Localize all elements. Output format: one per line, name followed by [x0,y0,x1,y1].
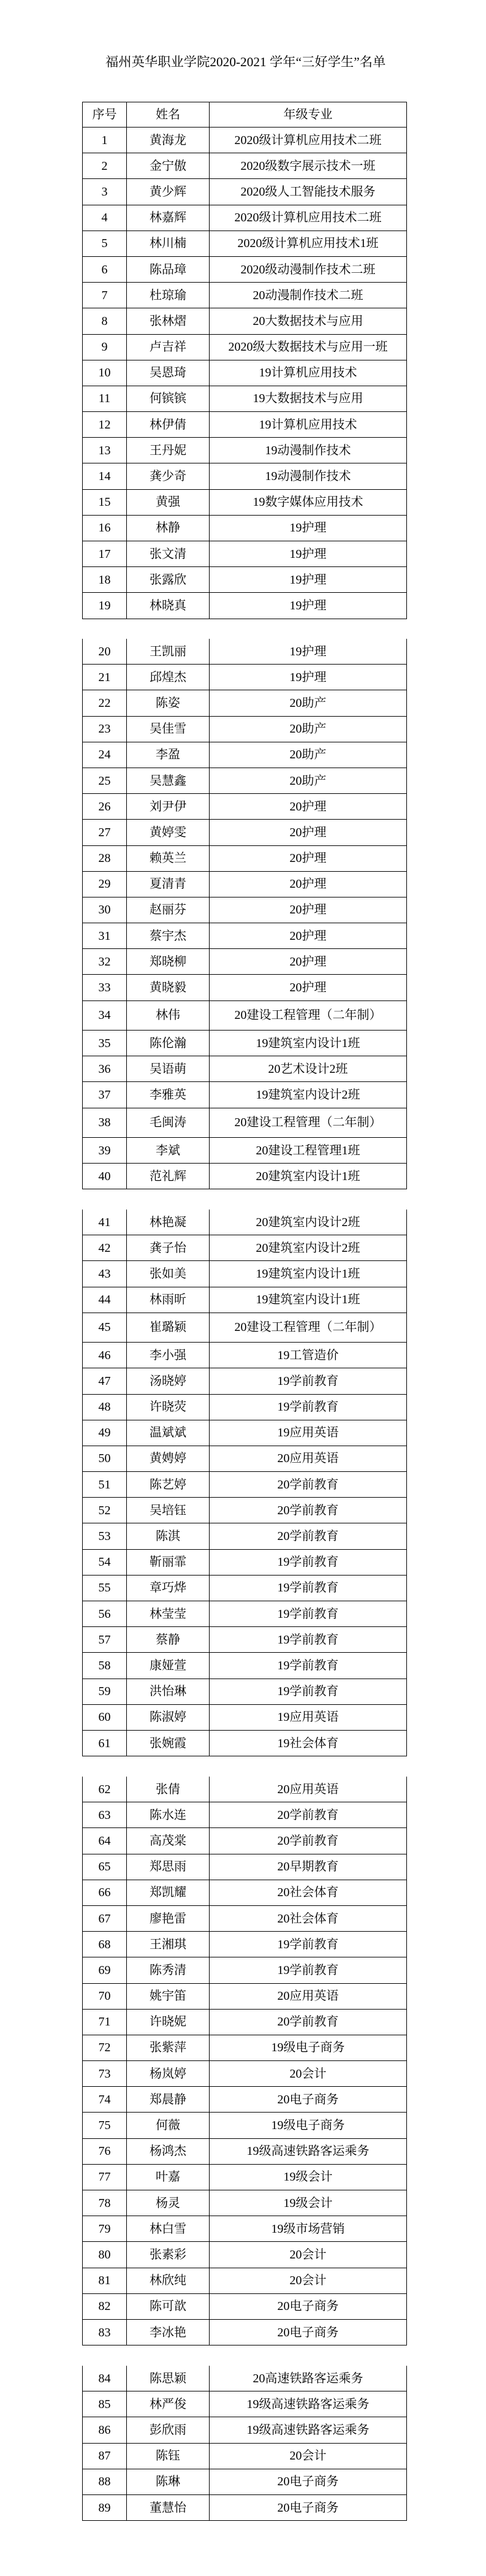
cell-name: 彭欣雨 [127,2417,210,2442]
cell-name: 王湘琪 [127,1932,210,1957]
cell-name: 崔璐颖 [127,1313,210,1342]
cell-name: 陈艺婷 [127,1472,210,1497]
table-row: 60陈淑婷19应用英语 [83,1705,407,1731]
cell-name: 吴语萌 [127,1056,210,1081]
table-row: 25吴慧鑫20助产 [83,768,407,794]
cell-name: 高茂棠 [127,1828,210,1853]
cell-name: 金宁傲 [127,153,210,178]
table-row: 48许晓荧19学前教育 [83,1395,407,1420]
cell-grade-major: 20社会体育 [210,1906,407,1931]
cell-seq-no: 50 [83,1446,127,1471]
table-row: 69陈秀清19学前教育 [83,1957,407,1983]
cell-seq-no: 46 [83,1343,127,1368]
cell-grade-major: 20社会体育 [210,1880,407,1905]
cell-seq-no: 4 [83,205,127,231]
cell-name: 张露欣 [127,567,210,592]
cell-grade-major: 2020级计算机应用技术二班 [210,205,407,231]
table-row: 13王丹妮19动漫制作技术 [83,438,407,463]
cell-grade-major: 19计算机应用技术 [210,360,407,386]
cell-name: 林川楠 [127,231,210,256]
table-row: 29夏清青20护理 [83,872,407,897]
table-row: 26刘尹伊20护理 [83,794,407,820]
table-row: 58康娅萱19学前教育 [83,1653,407,1679]
table-row: 83李冰艳20电子商务 [83,2320,407,2345]
table-row: 72张紫萍19级电子商务 [83,2035,407,2061]
table-row: 64高茂棠20学前教育 [83,1828,407,1854]
table-row: 38毛闽涛20建设工程管理（二年制） [83,1108,407,1138]
cell-name: 黄婷雯 [127,820,210,845]
cell-seq-no: 56 [83,1601,127,1626]
cell-seq-no: 84 [83,2366,127,2391]
table-row: 88陈琳20电子商务 [83,2469,407,2495]
cell-name: 张素彩 [127,2242,210,2267]
cell-grade-major: 20护理 [210,872,407,897]
cell-name: 龚少奇 [127,463,210,489]
cell-name: 王丹妮 [127,438,210,463]
cell-seq-no: 44 [83,1287,127,1313]
cell-name: 毛闽涛 [127,1108,210,1137]
cell-name: 林伟 [127,1001,210,1030]
cell-seq-no: 31 [83,923,127,948]
cell-name: 龚子怡 [127,1235,210,1260]
cell-name: 陈品璋 [127,257,210,282]
table-row: 30赵丽芬20护理 [83,897,407,923]
cell-name: 陈水连 [127,1802,210,1827]
cell-grade-major: 19计算机应用技术 [210,412,407,437]
cell-name: 林嘉辉 [127,205,210,231]
cell-grade-major: 20应用英语 [210,1984,407,2009]
document-title: 福州英华职业学院2020-2021 学年“三好学生”名单 [105,56,385,69]
cell-grade-major: 19数字媒体应用技术 [210,490,407,515]
cell-grade-major: 19护理 [210,541,407,566]
cell-grade-major: 20建筑室内设计2班 [210,1210,407,1235]
cell-seq-no: 28 [83,846,127,871]
cell-seq-no: 86 [83,2417,127,2442]
cell-grade-major: 20助产 [210,717,407,742]
table-row: 78杨灵19级会计 [83,2190,407,2216]
table-row: 45崔璐颖20建设工程管理（二年制） [83,1313,407,1343]
cell-grade-major: 19建筑室内设计1班 [210,1287,407,1313]
cell-grade-major: 19级电子商务 [210,2113,407,2138]
cell-name: 陈可歆 [127,2294,210,2319]
cell-grade-major: 19动漫制作技术 [210,438,407,463]
table-row: 1黄海龙2020级计算机应用技术二班 [83,128,407,153]
header-grade-major: 年级专业 [210,102,407,127]
cell-grade-major: 20学前教育 [210,1472,407,1497]
cell-seq-no: 8 [83,308,127,333]
cell-grade-major: 19护理 [210,516,407,541]
cell-seq-no: 55 [83,1576,127,1601]
table-row: 36吴语萌20艺术设计2班 [83,1056,407,1082]
cell-name: 黄少辉 [127,179,210,204]
cell-grade-major: 20动漫制作技术二班 [210,283,407,308]
cell-grade-major: 19级市场营销 [210,2216,407,2241]
cell-grade-major: 2020级计算机应用技术二班 [210,128,407,153]
cell-name: 夏清青 [127,872,210,897]
cell-name: 林欣纯 [127,2268,210,2293]
table-page-5: 84陈思颖20高速铁路客运乘务85林严俊19级高速铁路客运乘务86彭欣雨19级高… [82,2366,407,2521]
cell-name: 林晓真 [127,593,210,618]
cell-grade-major: 20电子商务 [210,2469,407,2494]
cell-grade-major: 20电子商务 [210,2320,407,2345]
cell-seq-no: 2 [83,153,127,178]
cell-seq-no: 20 [83,639,127,664]
cell-seq-no: 67 [83,1906,127,1931]
cell-grade-major: 20学前教育 [210,1523,407,1549]
cell-grade-major: 19学前教育 [210,1550,407,1575]
cell-grade-major: 20电子商务 [210,2294,407,2319]
cell-name: 林静 [127,516,210,541]
cell-grade-major: 20学前教育 [210,1498,407,1523]
cell-name: 蔡宇杰 [127,923,210,948]
table-row: 24李盈20助产 [83,742,407,768]
table-row: 67廖艳雷20社会体育 [83,1906,407,1932]
cell-seq-no: 42 [83,1235,127,1260]
cell-seq-no: 33 [83,975,127,1000]
table-row: 40范礼辉20建筑室内设计1班 [83,1164,407,1189]
cell-seq-no: 30 [83,897,127,923]
table-row: 32郑晓柳20护理 [83,949,407,975]
cell-name: 陈伦瀚 [127,1031,210,1056]
cell-name: 王凯丽 [127,639,210,664]
cell-seq-no: 39 [83,1138,127,1163]
cell-grade-major: 20建设工程管理（二年制） [210,1313,407,1342]
cell-name: 林伊倩 [127,412,210,437]
cell-seq-no: 3 [83,179,127,204]
cell-seq-no: 82 [83,2294,127,2319]
cell-seq-no: 59 [83,1679,127,1704]
cell-name: 陈秀清 [127,1957,210,1983]
table-row: 55章巧烨19学前教育 [83,1576,407,1601]
cell-seq-no: 9 [83,335,127,360]
header-name: 姓名 [127,102,210,127]
cell-name: 姚宇笛 [127,1984,210,2009]
cell-name: 黄海龙 [127,128,210,153]
table-row: 61张婉霞19社会体育 [83,1731,407,1756]
table-row: 82陈可歆20电子商务 [83,2294,407,2320]
table-row: 43张如美19建筑室内设计1班 [83,1261,407,1287]
table-row: 21邱煌杰19护理 [83,665,407,690]
cell-seq-no: 47 [83,1368,127,1393]
header-seq-no: 序号 [83,102,127,127]
cell-seq-no: 41 [83,1210,127,1235]
cell-seq-no: 68 [83,1932,127,1957]
cell-seq-no: 35 [83,1031,127,1056]
cell-seq-no: 16 [83,516,127,541]
table-row: 84陈思颖20高速铁路客运乘务 [83,2366,407,2391]
table-row: 46李小强19工管造价 [83,1343,407,1368]
cell-grade-major: 19级会计 [210,2190,407,2216]
table-row: 17张文清19护理 [83,541,407,567]
cell-seq-no: 10 [83,360,127,386]
cell-grade-major: 20应用英语 [210,1446,407,1471]
cell-name: 张倩 [127,1777,210,1802]
cell-grade-major: 19学前教育 [210,1679,407,1704]
cell-name: 范礼辉 [127,1164,210,1189]
cell-grade-major: 20助产 [210,690,407,715]
table-row: 86彭欣雨19级高速铁路客运乘务 [83,2417,407,2443]
cell-grade-major: 19级会计 [210,2165,407,2190]
cell-grade-major: 19大数据技术与应用 [210,386,407,411]
cell-name: 张林熠 [127,308,210,333]
cell-seq-no: 75 [83,2113,127,2138]
cell-name: 吴培钰 [127,1498,210,1523]
table-row: 52吴培钰20学前教育 [83,1498,407,1523]
cell-seq-no: 83 [83,2320,127,2345]
cell-name: 汤晓婷 [127,1368,210,1393]
cell-grade-major: 20护理 [210,975,407,1000]
cell-seq-no: 48 [83,1395,127,1420]
table-row: 44林雨昕19建筑室内设计1班 [83,1287,407,1313]
cell-name: 郑晨静 [127,2087,210,2112]
cell-seq-no: 11 [83,386,127,411]
cell-grade-major: 20建设工程管理（二年制） [210,1108,407,1137]
cell-grade-major: 20应用英语 [210,1777,407,1802]
cell-seq-no: 62 [83,1777,127,1802]
cell-seq-no: 24 [83,742,127,768]
cell-seq-no: 37 [83,1082,127,1107]
cell-name: 张紫萍 [127,2035,210,2060]
table-page-2: 20王凯丽19护理21邱煌杰19护理22陈姿20助产23吴佳雪20助产24李盈2… [82,639,407,1189]
table-row: 68王湘琪19学前教育 [83,1932,407,1957]
cell-seq-no: 23 [83,717,127,742]
cell-seq-no: 34 [83,1001,127,1030]
cell-seq-no: 17 [83,541,127,566]
cell-grade-major: 2020级动漫制作技术二班 [210,257,407,282]
table-row: 71许晓妮20学前教育 [83,2010,407,2035]
cell-seq-no: 13 [83,438,127,463]
cell-seq-no: 73 [83,2061,127,2086]
cell-seq-no: 52 [83,1498,127,1523]
cell-seq-no: 87 [83,2444,127,2469]
table-row: 5林川楠2020级计算机应用技术1班 [83,231,407,257]
cell-grade-major: 19学前教育 [210,1653,407,1678]
cell-name: 邱煌杰 [127,665,210,690]
cell-name: 何薇 [127,2113,210,2138]
table-header-row: 序号 姓名 年级专业 [83,102,407,128]
cell-name: 廖艳雷 [127,1906,210,1931]
cell-name: 李小强 [127,1343,210,1368]
cell-seq-no: 12 [83,412,127,437]
table-row: 56林莹莹19学前教育 [83,1601,407,1627]
cell-grade-major: 20学前教育 [210,1802,407,1827]
table-row: 62张倩20应用英语 [83,1777,407,1802]
cell-name: 陈钰 [127,2444,210,2469]
cell-name: 蔡静 [127,1627,210,1652]
cell-grade-major: 20护理 [210,820,407,845]
table-row: 2金宁傲2020级数字展示技术一班 [83,153,407,179]
cell-seq-no: 58 [83,1653,127,1678]
cell-name: 林白雪 [127,2216,210,2241]
table-row: 63陈水连20学前教育 [83,1802,407,1828]
cell-seq-no: 81 [83,2268,127,2293]
table-row: 79林白雪19级市场营销 [83,2216,407,2242]
cell-seq-no: 18 [83,567,127,592]
cell-grade-major: 20会计 [210,2444,407,2469]
cell-name: 陈姿 [127,690,210,715]
cell-grade-major: 19学前教育 [210,1395,407,1420]
cell-name: 陈淑婷 [127,1705,210,1730]
cell-seq-no: 89 [83,2495,127,2520]
cell-name: 李盈 [127,742,210,768]
table-row: 27黄婷雯20护理 [83,820,407,845]
table-row: 49温斌斌19应用英语 [83,1420,407,1446]
cell-name: 黄娉婷 [127,1446,210,1471]
cell-seq-no: 7 [83,283,127,308]
cell-seq-no: 19 [83,593,127,618]
cell-seq-no: 15 [83,490,127,515]
table-row: 77叶嘉19级会计 [83,2165,407,2190]
cell-grade-major: 20早期教育 [210,1854,407,1880]
cell-seq-no: 64 [83,1828,127,1853]
cell-grade-major: 20护理 [210,846,407,871]
cell-name: 张如美 [127,1261,210,1286]
cell-name: 林严俊 [127,2391,210,2417]
cell-name: 杨鸿杰 [127,2139,210,2164]
cell-name: 黄晓毅 [127,975,210,1000]
cell-grade-major: 2020级计算机应用技术1班 [210,231,407,256]
cell-grade-major: 20高速铁路客运乘务 [210,2366,407,2391]
table-row: 41林艳凝20建筑室内设计2班 [83,1210,407,1235]
cell-seq-no: 85 [83,2391,127,2417]
cell-grade-major: 19学前教育 [210,1576,407,1601]
table-row: 9卢吉祥2020级大数据技术与应用一班 [83,335,407,360]
cell-seq-no: 36 [83,1056,127,1081]
cell-seq-no: 14 [83,463,127,489]
cell-seq-no: 72 [83,2035,127,2060]
cell-name: 许晓荧 [127,1395,210,1420]
cell-name: 张婉霞 [127,1731,210,1756]
cell-name: 杜琼瑜 [127,283,210,308]
cell-seq-no: 79 [83,2216,127,2241]
cell-grade-major: 19级电子商务 [210,2035,407,2060]
table-row: 15黄强19数字媒体应用技术 [83,490,407,516]
cell-grade-major: 19护理 [210,593,407,618]
document-page: 福州英华职业学院2020-2021 学年“三好学生”名单 序号 姓名 年级专业 … [0,0,486,2576]
table-row: 39李斌20建设工程管理1班 [83,1138,407,1164]
cell-name: 杨灵 [127,2190,210,2216]
table-row: 19林晓真19护理 [83,593,407,619]
cell-seq-no: 88 [83,2469,127,2494]
cell-grade-major: 19级高速铁路客运乘务 [210,2391,407,2417]
cell-seq-no: 61 [83,1731,127,1756]
table-row: 76杨鸿杰19级高速铁路客运乘务 [83,2139,407,2165]
cell-grade-major: 20大数据技术与应用 [210,308,407,333]
cell-seq-no: 49 [83,1420,127,1446]
table-row: 11何镔镔19大数据技术与应用 [83,386,407,412]
cell-grade-major: 20建设工程管理1班 [210,1138,407,1163]
cell-grade-major: 19级高速铁路客运乘务 [210,2139,407,2164]
cell-seq-no: 66 [83,1880,127,1905]
cell-seq-no: 54 [83,1550,127,1575]
cell-grade-major: 19学前教育 [210,1627,407,1652]
cell-name: 郑晓柳 [127,949,210,974]
cell-name: 林莹莹 [127,1601,210,1626]
cell-seq-no: 1 [83,128,127,153]
table-row: 50黄娉婷20应用英语 [83,1446,407,1472]
table-row: 35陈伦瀚19建筑室内设计1班 [83,1031,407,1056]
table-row: 3黄少辉2020级人工智能技术服务 [83,179,407,205]
cell-seq-no: 71 [83,2010,127,2035]
cell-seq-no: 69 [83,1957,127,1983]
cell-seq-no: 78 [83,2190,127,2216]
cell-name: 刘尹伊 [127,794,210,819]
cell-grade-major: 19级高速铁路客运乘务 [210,2417,407,2442]
cell-grade-major: 20会计 [210,2268,407,2293]
cell-grade-major: 20会计 [210,2061,407,2086]
cell-name: 张文清 [127,541,210,566]
cell-grade-major: 20建筑室内设计2班 [210,1235,407,1260]
cell-name: 林雨昕 [127,1287,210,1313]
cell-grade-major: 19学前教育 [210,1932,407,1957]
cell-grade-major: 19学前教育 [210,1601,407,1626]
cell-grade-major: 19建筑室内设计1班 [210,1261,407,1286]
cell-grade-major: 20会计 [210,2242,407,2267]
cell-seq-no: 51 [83,1472,127,1497]
cell-seq-no: 29 [83,872,127,897]
cell-name: 靳丽霏 [127,1550,210,1575]
cell-seq-no: 77 [83,2165,127,2190]
cell-grade-major: 19护理 [210,567,407,592]
cell-name: 吴佳雪 [127,717,210,742]
cell-grade-major: 19应用英语 [210,1705,407,1730]
cell-name: 郑思雨 [127,1854,210,1880]
cell-seq-no: 74 [83,2087,127,2112]
cell-name: 林艳凝 [127,1210,210,1235]
table-row: 80张素彩20会计 [83,2242,407,2268]
cell-seq-no: 43 [83,1261,127,1286]
cell-name: 叶嘉 [127,2165,210,2190]
cell-name: 何镔镔 [127,386,210,411]
cell-seq-no: 45 [83,1313,127,1342]
cell-grade-major: 20电子商务 [210,2087,407,2112]
table-row: 18张露欣19护理 [83,567,407,593]
cell-name: 李冰艳 [127,2320,210,2345]
table-row: 54靳丽霏19学前教育 [83,1550,407,1576]
cell-grade-major: 20电子商务 [210,2495,407,2520]
cell-name: 陈思颖 [127,2366,210,2391]
cell-grade-major: 2020级大数据技术与应用一班 [210,335,407,360]
cell-seq-no: 5 [83,231,127,256]
cell-name: 黄强 [127,490,210,515]
cell-name: 温斌斌 [127,1420,210,1446]
cell-grade-major: 2020级人工智能技术服务 [210,179,407,204]
cell-name: 卢吉祥 [127,335,210,360]
cell-seq-no: 22 [83,690,127,715]
cell-grade-major: 19动漫制作技术 [210,463,407,489]
cell-grade-major: 20护理 [210,949,407,974]
cell-grade-major: 20助产 [210,768,407,793]
cell-seq-no: 53 [83,1523,127,1549]
table-row: 81林欣纯20会计 [83,2268,407,2294]
cell-grade-major: 20建筑室内设计1班 [210,1164,407,1189]
table-row: 87陈钰20会计 [83,2444,407,2469]
cell-name: 董慧怡 [127,2495,210,2520]
cell-grade-major: 19应用英语 [210,1420,407,1446]
cell-name: 李斌 [127,1138,210,1163]
cell-seq-no: 57 [83,1627,127,1652]
cell-grade-major: 19学前教育 [210,1368,407,1393]
cell-grade-major: 19护理 [210,639,407,664]
cell-seq-no: 32 [83,949,127,974]
cell-seq-no: 76 [83,2139,127,2164]
table-row: 75何薇19级电子商务 [83,2113,407,2138]
table-row: 59洪怡琳19学前教育 [83,1679,407,1705]
table-page-3: 41林艳凝20建筑室内设计2班42龚子怡20建筑室内设计2班43张如美19建筑室… [82,1210,407,1756]
cell-name: 洪怡琳 [127,1679,210,1704]
table-row: 8张林熠20大数据技术与应用 [83,308,407,334]
table-row: 7杜琼瑜20动漫制作技术二班 [83,283,407,308]
